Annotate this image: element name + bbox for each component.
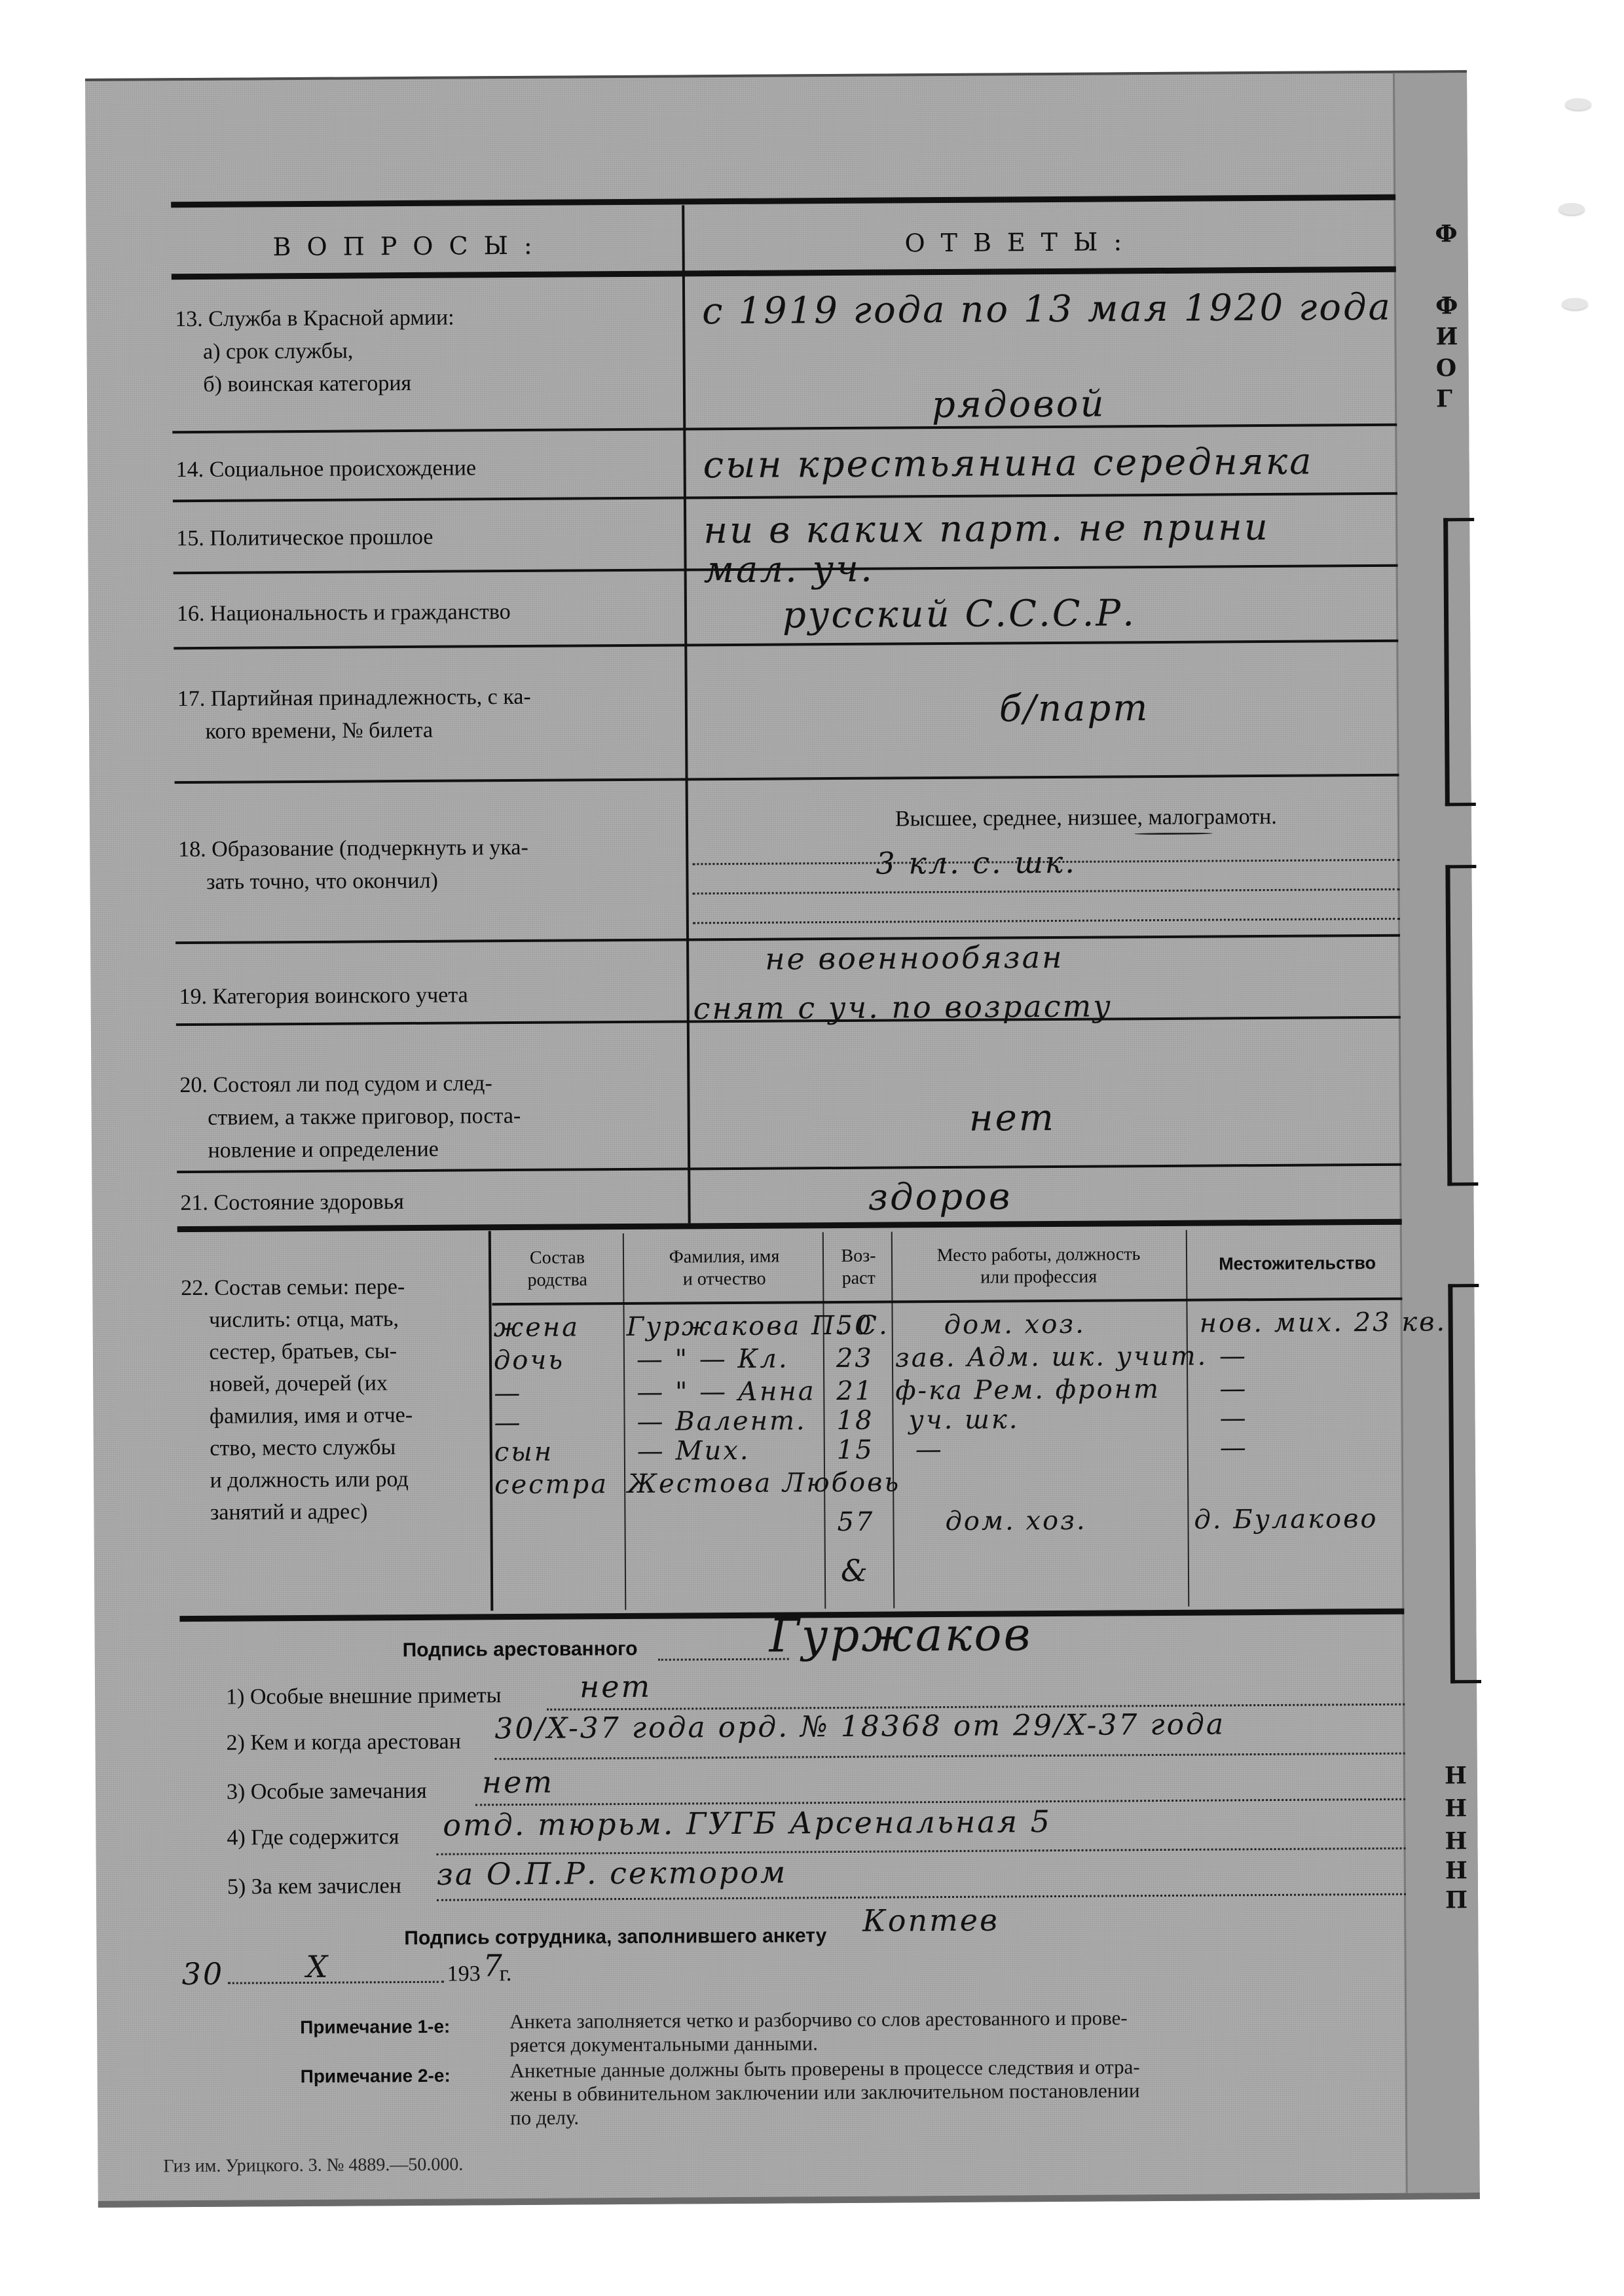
note-2-text: Анкетные данные должны быть проверены в …	[509, 2055, 1140, 2130]
answer-16: русский С.С.С.Р.	[783, 592, 1136, 636]
answer-18: 3 кл. с. шк.	[876, 845, 1077, 881]
member-work: уч. шк.	[908, 1404, 1019, 1435]
employee-signature-label: Подпись сотрудника, заполнившего анкету	[404, 1920, 826, 1955]
member-age: 18	[836, 1406, 874, 1436]
strip-letter: О	[1436, 354, 1457, 382]
family-row: сын — Мих. 15 — —	[85, 73, 1467, 81]
item-2-value: 30/X-37 года орд. № 18368 от 29/X-37 год…	[494, 1707, 1225, 1745]
punch-hole	[1565, 98, 1591, 110]
answers-heading: ОТВЕТЫ:	[904, 225, 1137, 259]
strip-letter: Н	[1445, 1795, 1467, 1822]
family-mark: &	[841, 1553, 870, 1588]
family-col-divider	[623, 1233, 627, 1610]
item-3-label: 3) Особые замечания	[227, 1775, 427, 1809]
family-row: сестра Жестова Любовь 57 дом. хоз. д. Бу…	[85, 73, 1467, 81]
family-left-border	[489, 1231, 494, 1611]
answer-19-line1: не военнообязан	[765, 939, 1063, 977]
question-19: 19. Категория воинского учета	[179, 979, 468, 1013]
question-21: 21. Состояние здоровья	[180, 1186, 404, 1220]
question-20: 20. Состоял ли под судом и след- ствием,…	[179, 1067, 521, 1167]
member-relation: —	[494, 1408, 522, 1438]
answer-20: нет	[969, 1097, 1056, 1140]
item-line	[437, 1848, 1406, 1855]
header-rule-bottom	[172, 266, 1396, 280]
col-header-name: Фамилия, имя и отчество	[629, 1245, 819, 1291]
member-name: Жестова Любовь	[627, 1467, 900, 1499]
member-age: 57	[837, 1507, 874, 1537]
strip-letter: Н	[1445, 1857, 1467, 1884]
strip-letter: Ф	[1435, 220, 1457, 247]
date-month: X	[306, 1949, 329, 1984]
item-4-value: отд. тюрьм. ГУГБ Арсенальная 5	[443, 1804, 1052, 1843]
date-year-prefix: 193	[447, 1958, 481, 1990]
member-age: 50	[836, 1311, 874, 1341]
section-rule	[177, 1219, 1402, 1232]
column-divider	[682, 205, 690, 1223]
question-17: 17. Партийная принадлежность, с ка- кого…	[177, 681, 532, 748]
date-line	[228, 1981, 444, 1984]
answer-14: сын крестьянина середняка	[703, 441, 1313, 487]
arrested-signature: Гуржаков	[769, 1607, 1032, 1662]
member-age: 15	[837, 1435, 874, 1465]
row-rule	[175, 774, 1399, 784]
item-3-value: нет	[482, 1764, 554, 1800]
member-residence: —	[1219, 1341, 1247, 1371]
question-14: 14. Социальное происхождение	[176, 452, 477, 486]
member-name: — Мих.	[637, 1436, 750, 1467]
item-4-label: 4) Где содержится	[227, 1821, 399, 1855]
answer-15-line1: ни в каких парт. не прини	[703, 506, 1270, 552]
family-col-divider	[1186, 1230, 1190, 1607]
member-relation: —	[494, 1378, 522, 1408]
item-line	[495, 1753, 1405, 1760]
member-relation: дочь	[494, 1345, 564, 1376]
member-residence: нов. мих. 23 кв.	[1200, 1307, 1447, 1338]
family-row: — — Валент. 18 уч. шк. —	[85, 73, 1467, 81]
item-2-label: 2) Кем и когда арестован	[226, 1726, 461, 1760]
strip-letter: Ф	[1435, 292, 1458, 319]
family-row: — — " — Анна 21 ф-ка Рем. фронт —	[85, 73, 1467, 81]
header-rule-top	[171, 194, 1395, 208]
answer-17: б/парт	[999, 687, 1150, 730]
date-day: 30	[182, 1956, 225, 1992]
item-1-value: нет	[580, 1669, 652, 1705]
member-relation: сестра	[494, 1469, 608, 1500]
strip-letter: Н	[1445, 1827, 1467, 1855]
answer-13-category: рядовой	[932, 382, 1106, 426]
punch-hole	[1559, 203, 1585, 215]
member-work: —	[915, 1434, 944, 1465]
member-relation: сын	[494, 1437, 554, 1468]
member-work: зав. Адм. шк. учит.	[895, 1341, 1208, 1374]
row-rule	[173, 492, 1397, 502]
strip-bracket	[1443, 518, 1476, 806]
member-name: — " — Кл.	[637, 1343, 789, 1374]
item-5-value: за О.П.Р. сектором	[437, 1855, 788, 1892]
member-work: дом. хоз.	[944, 1309, 1086, 1340]
item-1-label: 1) Особые внешние приметы	[226, 1679, 502, 1714]
adjacent-page-strip: Ф Ф И О Г Н Н Н Н П	[1393, 73, 1480, 2193]
question-13: 13. Служба в Красной армии: а) срок служ…	[175, 302, 454, 402]
questions-heading: ВОПРОСЫ:	[272, 229, 548, 264]
strip-bracket	[1445, 865, 1478, 1186]
row-rule	[174, 640, 1398, 649]
strip-letter: Н	[1445, 1762, 1467, 1789]
answer-13-term: с 1919 года по 13 мая 1920 года	[702, 286, 1392, 333]
signature-label: Подпись арестованного	[403, 1633, 638, 1667]
punch-hole	[1562, 298, 1588, 310]
printer-imprint: Гиз им. Урицкого. 3. № 4889.—50.000.	[163, 2155, 463, 2178]
member-name: — " — Анна	[637, 1376, 816, 1408]
strip-letter: И	[1435, 323, 1458, 350]
question-22: 22. Состав семьи: пере- числить: отца, м…	[181, 1271, 413, 1529]
member-residence: —	[1219, 1374, 1247, 1404]
note-2-label: Примечание 2-е:	[300, 2060, 450, 2093]
member-work: дом. хоз.	[945, 1506, 1086, 1537]
answer-21: здоров	[868, 1175, 1012, 1218]
underline-mark	[1134, 833, 1213, 835]
education-options: Высшее, среднее, низшее, малограмотн.	[895, 801, 1277, 836]
member-age: 21	[836, 1376, 874, 1406]
note-1-text: Анкета заполняется четко и разборчиво со…	[509, 2006, 1128, 2057]
note-1-label: Примечание 1-е:	[300, 2011, 450, 2044]
questionnaire-sheet: Ф Ф И О Г Н Н Н Н П ВОПРОСЫ: ОТВЕТЫ: 13.…	[85, 70, 1480, 2208]
strip-letter: Г	[1436, 385, 1452, 412]
col-header-relation: Состав родства	[495, 1247, 619, 1292]
question-16: 16. Национальность и гражданство	[177, 596, 511, 630]
col-header-work: Место работы, должность или профессия	[895, 1243, 1183, 1290]
row-rule	[172, 424, 1397, 433]
strip-letter: П	[1445, 1886, 1467, 1914]
member-residence: —	[1219, 1403, 1247, 1433]
member-age: 23	[836, 1343, 874, 1374]
question-15: 15. Политическое прошлое	[176, 521, 433, 555]
employee-signature: Коптев	[862, 1903, 999, 1939]
col-header-residence: Местожительство	[1192, 1252, 1402, 1275]
family-row: жена Гуржакова П. С. 50 дом. хоз. нов. м…	[85, 73, 1467, 81]
family-header-rule	[492, 1298, 1402, 1305]
strip-bracket	[1448, 1284, 1481, 1683]
member-name: — Валент.	[637, 1406, 806, 1437]
member-relation: жена	[494, 1312, 580, 1343]
dotted-rule	[693, 918, 1400, 924]
item-5-label: 5) За кем зачислен	[227, 1870, 401, 1904]
member-residence: —	[1220, 1432, 1248, 1463]
member-work: ф-ка Рем. фронт	[895, 1374, 1160, 1406]
col-header-age: Воз- раст	[826, 1245, 891, 1290]
member-residence: д. Булаково	[1194, 1504, 1378, 1535]
item-line	[437, 1893, 1406, 1901]
family-row: дочь — " — Кл. 23 зав. Адм. шк. учит. —	[85, 73, 1467, 81]
date-year-unit: г.	[500, 1958, 512, 1990]
dotted-rule	[693, 888, 1400, 895]
question-18: 18. Образование (подчеркнуть и ука- зать…	[178, 831, 528, 899]
